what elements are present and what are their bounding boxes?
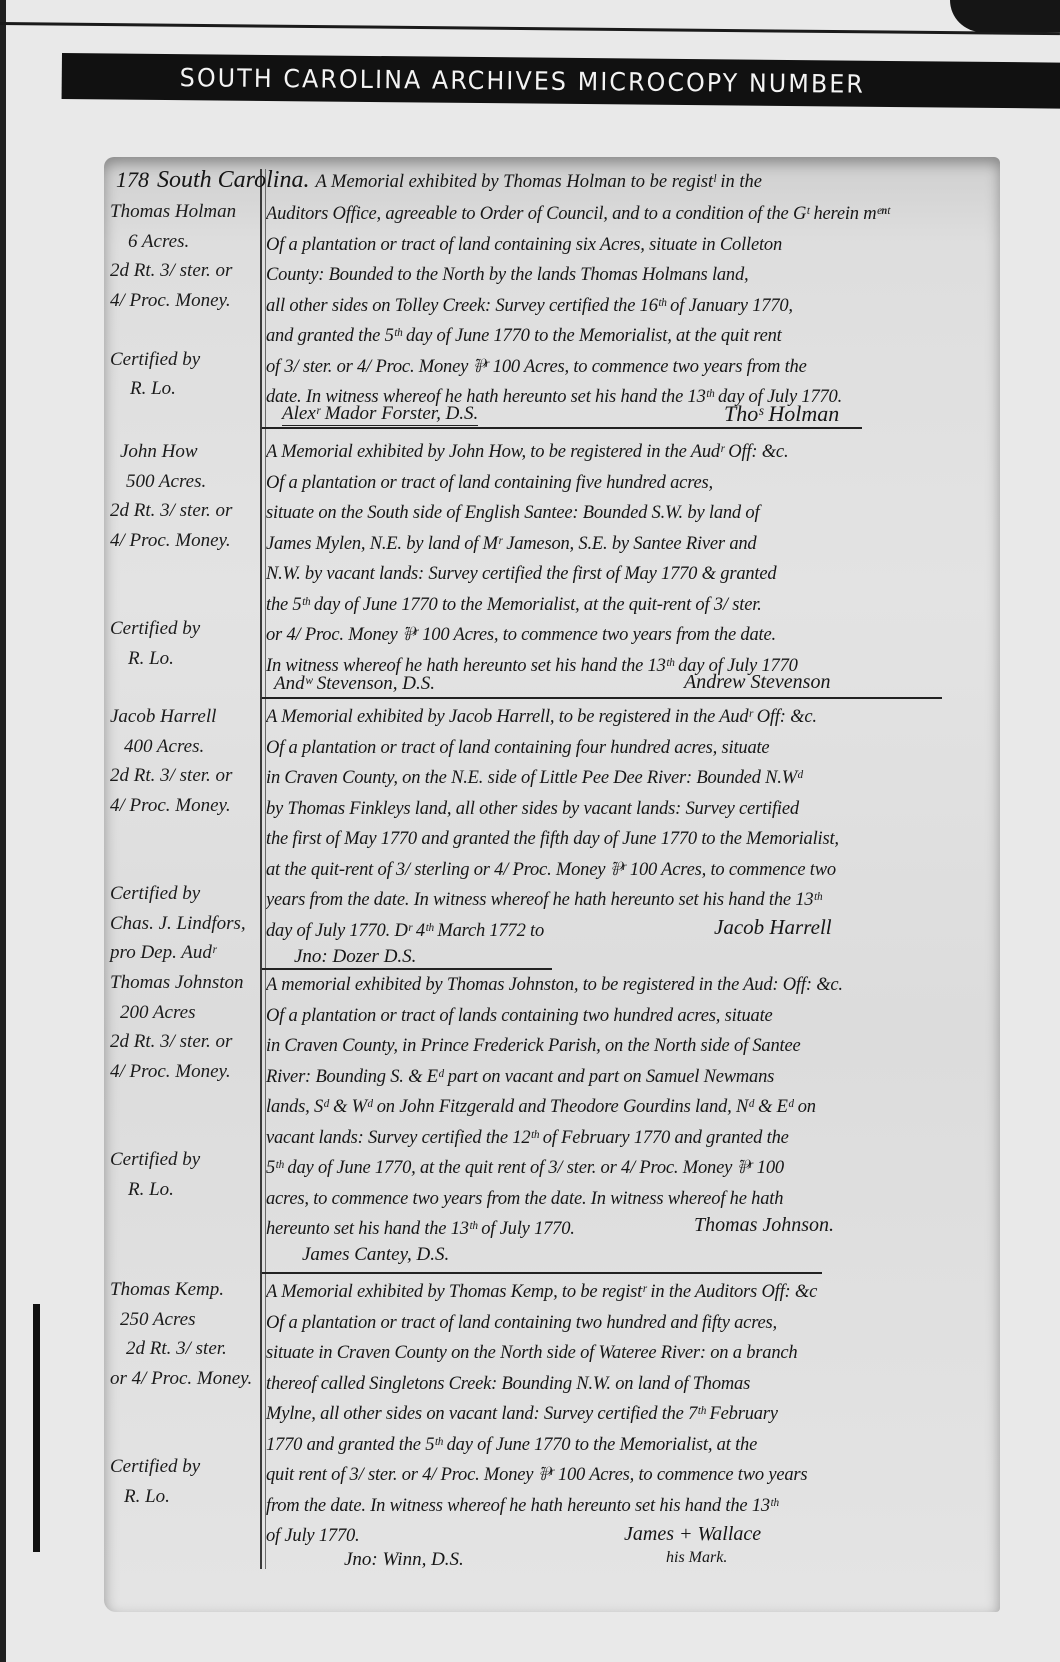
memorial-text: A Memorial exhibited by Jacob Harrell, t… [266,702,996,946]
margin-notes: Thomas Kemp. 250 Acres 2d Rt. 3/ ster. o… [110,1275,258,1511]
margin-acres: 250 Acres [110,1305,258,1335]
surveyor-signature: Alexʳ Mador Forster, D.S. [282,403,478,426]
margin-name: Thomas Holman [110,197,258,227]
manuscript-page: 178 South Carolina. A Memorial exhibited… [104,157,1000,1612]
margin-name: John How [110,437,258,467]
entry-divider [262,697,942,699]
margin-rent: 2d Rt. 3/ ster. or [110,761,258,791]
margin-rule [260,169,262,1569]
scan-edge [0,0,6,1662]
margin-acres: 400 Acres. [110,732,258,762]
margin-rent: 2d Rt. 3/ ster. or [110,1027,258,1057]
margin-name: Jacob Harrell [110,702,258,732]
margin-acres: 500 Acres. [110,467,258,497]
memorialist-signature: Jacob Harrell [714,915,832,940]
memorial-text: A Memorial exhibited by John How, to be … [266,437,996,681]
memorial-text: A memorial exhibited by Thomas Johnston,… [266,970,996,1245]
margin-money: 4/ Proc. Money. [110,526,258,556]
memorialist-signature: Thoˢ Holman [724,401,839,428]
margin-certifier: Chas. J. Lindfors, [110,909,258,939]
memorialist-signature: James + Wallace [624,1523,761,1546]
surveyor-signature: Jno: Winn, D.S. [344,1549,464,1571]
memorial-text: Auditors Office, agreeable to Order of C… [266,199,996,413]
margin-certifier: R. Lo. [110,374,258,404]
margin-name: Thomas Johnston [110,968,258,998]
film-marker-bar [33,1304,40,1552]
margin-certifier: R. Lo. [110,1482,258,1512]
banner-text: SOUTH CAROLINA ARCHIVES MICROCOPY NUMBER [180,63,865,99]
margin-notes: Thomas Holman 6 Acres. 2d Rt. 3/ ster. o… [110,197,258,404]
margin-certifier: R. Lo. [110,1175,258,1205]
scan-rule [0,22,1060,35]
margin-money: 4/ Proc. Money. [110,791,258,821]
margin-certified: Certified by [110,879,258,909]
margin-certified: Certified by [110,1452,258,1482]
margin-money: or 4/ Proc. Money. [110,1364,258,1394]
surveyor-signature: James Cantey, D.S. [302,1244,449,1266]
margin-name: Thomas Kemp. [110,1275,258,1305]
margin-rent: 2d Rt. 3/ ster. or [110,496,258,526]
memorialist-signature: Thomas Johnson. [694,1214,834,1237]
margin-rent: 2d Rt. 3/ ster. [110,1334,258,1364]
signature-mark-note: his Mark. [666,1549,727,1567]
margin-notes: John How 500 Acres. 2d Rt. 3/ ster. or 4… [110,437,258,673]
heading-title: South Carolina. [157,167,309,193]
margin-certified: Certified by [110,1145,258,1175]
margin-certifier: R. Lo. [110,644,258,674]
archive-banner: SOUTH CAROLINA ARCHIVES MICROCOPY NUMBER [62,53,1060,109]
margin-acres: 6 Acres. [110,227,258,257]
heading-rest: A Memorial exhibited by Thomas Holman to… [315,172,761,192]
memorial-text: A Memorial exhibited by Thomas Kemp, to … [266,1277,996,1552]
page-number: 178 [116,167,149,192]
entry-divider [262,1272,822,1274]
memorialist-signature: Andrew Stevenson [684,671,830,694]
margin-money: 4/ Proc. Money. [110,1057,258,1087]
margin-money: 4/ Proc. Money. [110,286,258,316]
scan-artifact [950,0,1060,32]
page-heading: 178 South Carolina. A Memorial exhibited… [116,167,762,194]
margin-notes: Thomas Johnston 200 Acres 2d Rt. 3/ ster… [110,968,258,1204]
margin-certifier-title: pro Dep. Audʳ [110,938,258,968]
margin-notes: Jacob Harrell 400 Acres. 2d Rt. 3/ ster.… [110,702,258,968]
entry-divider [262,427,862,429]
surveyor-signature: Jno: Dozer D.S. [294,946,416,968]
margin-certified: Certified by [110,614,258,644]
margin-acres: 200 Acres [110,998,258,1028]
margin-certified: Certified by [110,345,258,375]
margin-rent: 2d Rt. 3/ ster. or [110,256,258,286]
surveyor-signature: Andʷ Stevenson, D.S. [274,673,435,695]
